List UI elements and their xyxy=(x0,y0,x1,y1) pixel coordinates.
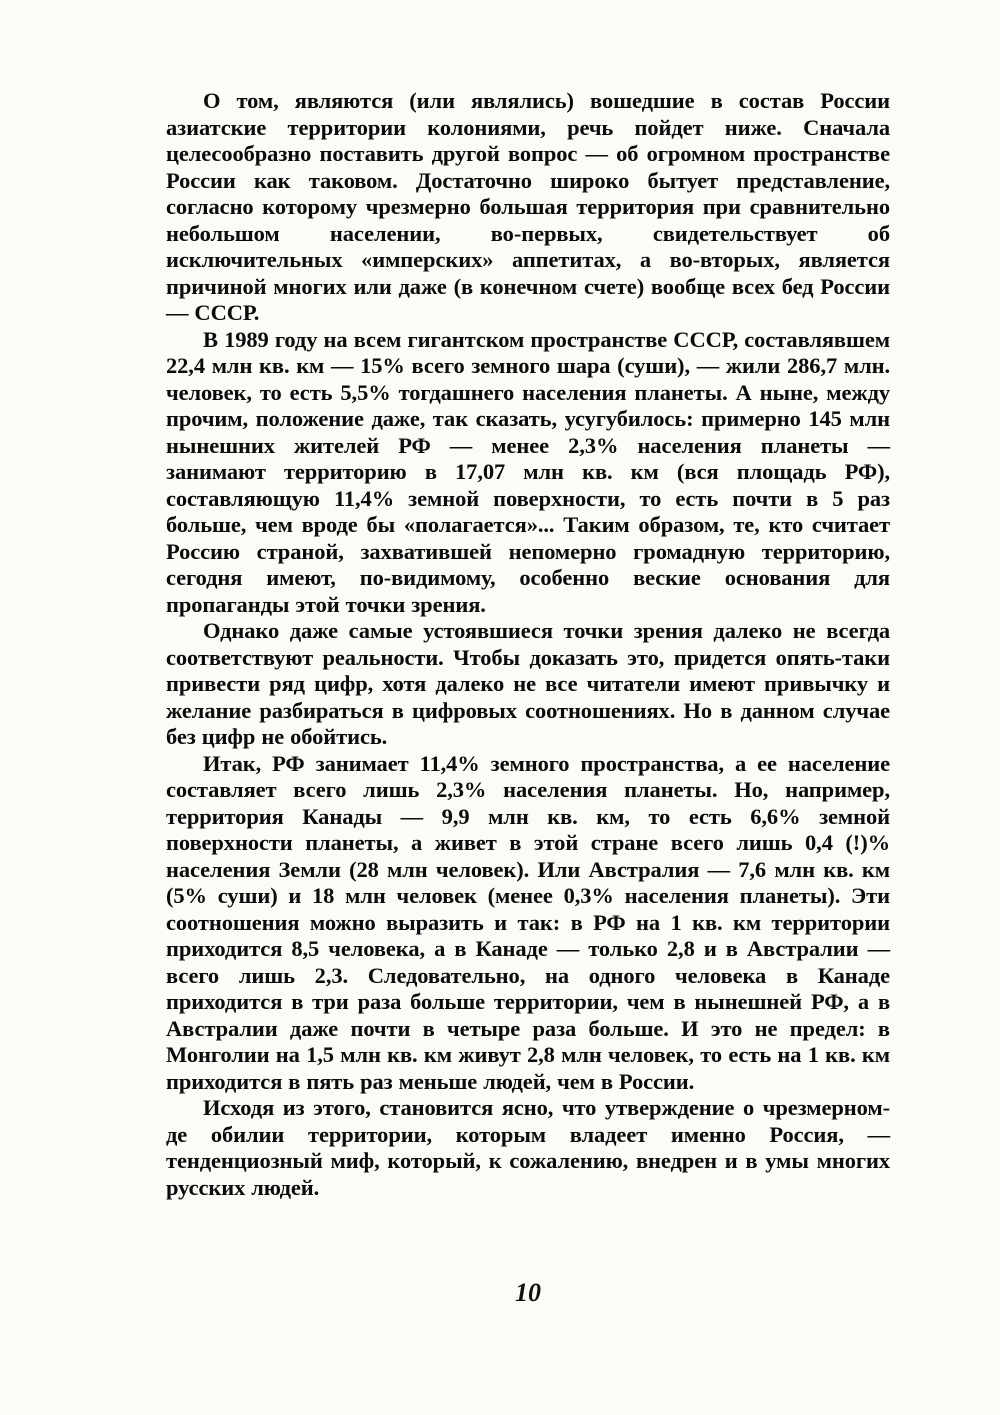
paragraph-4: Итак, РФ занимает 11,4% земного простран… xyxy=(166,751,890,1096)
book-page: О том, являются (или являлись) вошедшие … xyxy=(0,0,1000,1415)
body-text: О том, являются (или являлись) вошедшие … xyxy=(166,88,890,1201)
paragraph-3: Однако даже самые устоявшиеся точки зрен… xyxy=(166,618,890,751)
paragraph-1: О том, являются (или являлись) вошедшие … xyxy=(166,88,890,327)
paragraph-5: Исходя из этого, становится ясно, что ут… xyxy=(166,1095,890,1201)
page-number: 10 xyxy=(166,1278,890,1308)
paragraph-2: В 1989 году на всем гигантском пространс… xyxy=(166,327,890,619)
